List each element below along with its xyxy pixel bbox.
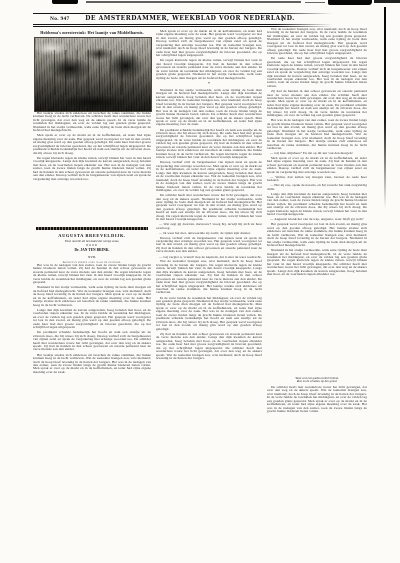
body-paragraph: Niemand in het stadje vermoedde, welk ee… — [33, 286, 151, 307]
feuilleton-ornament-rule — [36, 227, 148, 230]
body-paragraph: Men sprak er over op de markt en in de k… — [267, 157, 367, 174]
column-middle: Men sprak er over op de markt en in de k… — [156, 30, 262, 411]
body-paragraph: Daarop verhief zich de burgemeester van … — [156, 161, 262, 192]
body-paragraph: Het laantje strekte zich eindeloos uit t… — [33, 112, 151, 133]
feuilleton-heading: AUGUSTA BREEVELDIJK. Eene novelle uit he… — [33, 233, 151, 264]
feuilleton-chapter-numeral: XVII. — [33, 255, 151, 259]
verse-line: Rust nu de schaduw op den grond. — [267, 380, 367, 384]
body-paragraph: Het was in de nadagen van den zomer, toe… — [33, 264, 151, 285]
body-paragraph: Het gesprek werd voortgezet tot laat in … — [267, 223, 367, 247]
body-paragraph: Langs den dijk kwamen de karren aangered… — [33, 309, 151, 330]
body-paragraph: De predikant schudde bedenkelijk het hoo… — [33, 331, 151, 352]
column-left-caption: Het laantje strekte zich eindeloos uit t… — [33, 112, 151, 224]
dialogue-line: — Welnu, dan zullen wij morgen zien, bes… — [267, 176, 367, 183]
body-paragraph: Zij had de handen in den schoot gevouwen… — [156, 333, 262, 361]
illustration-engraving — [34, 37, 152, 112]
top-edge-line-faint — [305, 2, 325, 3]
top-edge-line — [86, 1, 301, 2]
feuilleton-author: Dr. JAN TEN BRINK. — [33, 248, 151, 252]
page-number: 1 — [281, 17, 284, 23]
body-paragraph: Niemand in het stadje vermoedde, welk ee… — [267, 249, 367, 277]
body-paragraph: Men sprak er over op de markt en in de k… — [33, 134, 151, 155]
body-paragraph: Het laantje strekte zich eindeloos uit t… — [33, 354, 151, 375]
verse-couplet: Waar eens het gulden zonlicht blonk, Rus… — [267, 377, 367, 384]
column-right-closing: De schilder heeft met wonderbare trouw h… — [267, 386, 367, 413]
body-paragraph: Men sprak er over op de markt en in de k… — [156, 30, 262, 58]
body-paragraph: Zij had de handen in den schoot gevouwen… — [267, 90, 367, 118]
section-separator: * — [156, 82, 262, 87]
scan-edge-line — [384, 7, 386, 209]
newspaper-scan-page: No. 947 DE AMSTERDAMMER, WEEKBLAD VOOR N… — [0, 0, 400, 563]
body-paragraph: Niemand in het stadje vermoedde, welk ee… — [156, 89, 262, 127]
body-paragraph: De regen kletterde tegen de kleine ruite… — [156, 59, 262, 80]
dialogue-line: — Ik weet het niet, antwoordde zij zacht… — [156, 232, 262, 235]
body-paragraph: De predikant schudde bedenkelijk het hoo… — [156, 129, 262, 160]
top-edge-smudge — [52, 0, 78, 4]
dialogue-line: — Het zij zoo, sprak de notaris, en hij … — [267, 184, 367, 191]
top-corner-smudge — [374, 0, 400, 3]
column-right: Wat de toekomst brengen zou, wist nieman… — [267, 28, 367, 374]
dialogue-line: — Wat zegt gij daarvan, mevrouw? vroeg h… — [156, 223, 262, 230]
body-paragraph: Langs den dijk kwamen de karren aangered… — [267, 193, 367, 217]
top-right-smudge — [328, 0, 372, 5]
feuilleton-door-label: DOOR — [33, 244, 151, 247]
body-paragraph: Het was in de nadagen van den zomer, toe… — [267, 119, 367, 150]
body-paragraph: Daarop verhief zich de burgemeester van … — [156, 237, 262, 254]
masthead-rule-double-bottom — [33, 26, 336, 27]
body-paragraph: In de verte luidde de torenklok het midd… — [156, 297, 262, 332]
body-paragraph: De schilder heeft met wonderbare trouw h… — [267, 386, 367, 413]
body-paragraph: Wat de toekomst brengen zou, wist nieman… — [267, 28, 367, 56]
article-title: Hobbema's meesterstuk: Het laantje van M… — [33, 30, 151, 35]
body-paragraph: Wat de toekomst brengen zou, wist nieman… — [156, 260, 262, 295]
feuilleton-subtitle: Eene novelle uit het laatst der vorige e… — [33, 239, 151, 243]
masthead-rule-double-top — [33, 24, 336, 25]
body-paragraph: De regen kletterde tegen de kleine ruite… — [33, 157, 151, 181]
column-left-feuilleton-body: Het was in de nadagen van den zomer, toe… — [33, 264, 151, 409]
feuilleton-title: AUGUSTA BREEVELDIJK. — [33, 233, 151, 238]
body-paragraph: De schilder heeft met wonderbare trouw h… — [156, 194, 262, 222]
body-paragraph: De oude heer had met groote zorgvuldighe… — [267, 57, 367, 88]
